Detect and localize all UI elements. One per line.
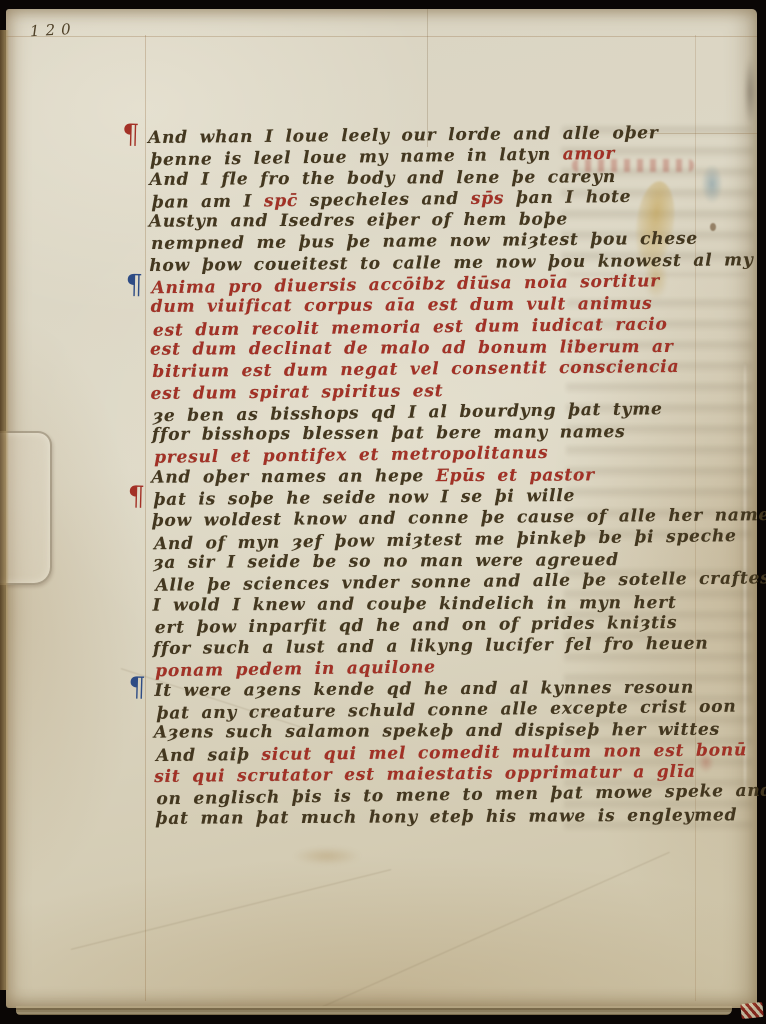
rubric-text: spc̄ bbox=[264, 191, 298, 211]
blue-paraph-mark: ¶ bbox=[128, 677, 146, 699]
ink-text: þan I hote bbox=[504, 187, 631, 209]
red-paraph-mark: ¶ bbox=[127, 486, 145, 508]
rubric-text: dum viuificat corpus aīa est dum vult an… bbox=[151, 294, 653, 317]
striped-endband bbox=[740, 1002, 763, 1019]
ink-text: Aȝens such salamon spekeþ and dispiseþ h… bbox=[154, 720, 720, 743]
ink-text: ȝa sir I seide be so no man were agreued bbox=[153, 550, 619, 573]
ruling-line-top bbox=[6, 36, 757, 37]
parchment-page: 120 ¶And whan I loue leely our lorde and… bbox=[6, 9, 757, 1008]
edge-smudge bbox=[744, 57, 756, 127]
ink-text: ffor bisshops blessen þat bere many name… bbox=[152, 422, 626, 445]
rubric-text: est dum declinat de malo ad bonum liberu… bbox=[150, 337, 674, 360]
rubric-text: Epūs et pastor bbox=[436, 465, 595, 486]
red-paraph-mark: ¶ bbox=[122, 124, 140, 146]
ink-text: Austyn and Isedres eiþer of hem boþe bbox=[149, 210, 568, 232]
rubric-text: sicut qui mel comedit multum non est bon… bbox=[261, 740, 747, 765]
ink-text: And I fle fro the body and lene þe carey… bbox=[149, 167, 616, 190]
ink-text: And saiþ bbox=[156, 745, 262, 766]
scratch-mark bbox=[322, 852, 670, 1007]
gutter-page-edges bbox=[0, 30, 9, 990]
rubric-text: amor bbox=[563, 144, 616, 165]
bottom-page-edges bbox=[16, 1006, 732, 1015]
manuscript-line: þat man þat much hony eteþ his mawe is e… bbox=[156, 805, 755, 830]
ink-text: þat man þat much hony eteþ his mawe is e… bbox=[156, 805, 738, 829]
ruling-line-left-margin bbox=[145, 35, 146, 1001]
ink-text: I wold I knew and couþe kindelich in myn… bbox=[153, 592, 677, 615]
rubric-text: ponam pedem in aquilone bbox=[155, 658, 436, 682]
text-block: ¶And whan I loue leely our lorde and all… bbox=[148, 122, 755, 831]
manuscript-photo: 120 ¶And whan I loue leely our lorde and… bbox=[0, 0, 766, 1024]
ink-text: þenne is leel loue my name in latyn bbox=[150, 145, 563, 171]
rubric-text: est dum spirat spiritus est bbox=[150, 381, 443, 404]
folio-number: 120 bbox=[30, 20, 78, 40]
brown-stain bbox=[294, 847, 360, 865]
ink-text: þan am I bbox=[152, 191, 264, 212]
ink-text: þat is soþe he seide now I se þi wille bbox=[153, 486, 575, 510]
scratch-mark bbox=[71, 869, 391, 950]
ink-text: specheles and bbox=[298, 189, 471, 211]
ink-text: And oþer names an hepe bbox=[151, 466, 436, 487]
blue-paraph-mark: ¶ bbox=[125, 274, 143, 296]
rubric-text: presul et pontifex et metropolitanus bbox=[154, 443, 548, 468]
rubric-text: sp̄s bbox=[471, 188, 505, 208]
